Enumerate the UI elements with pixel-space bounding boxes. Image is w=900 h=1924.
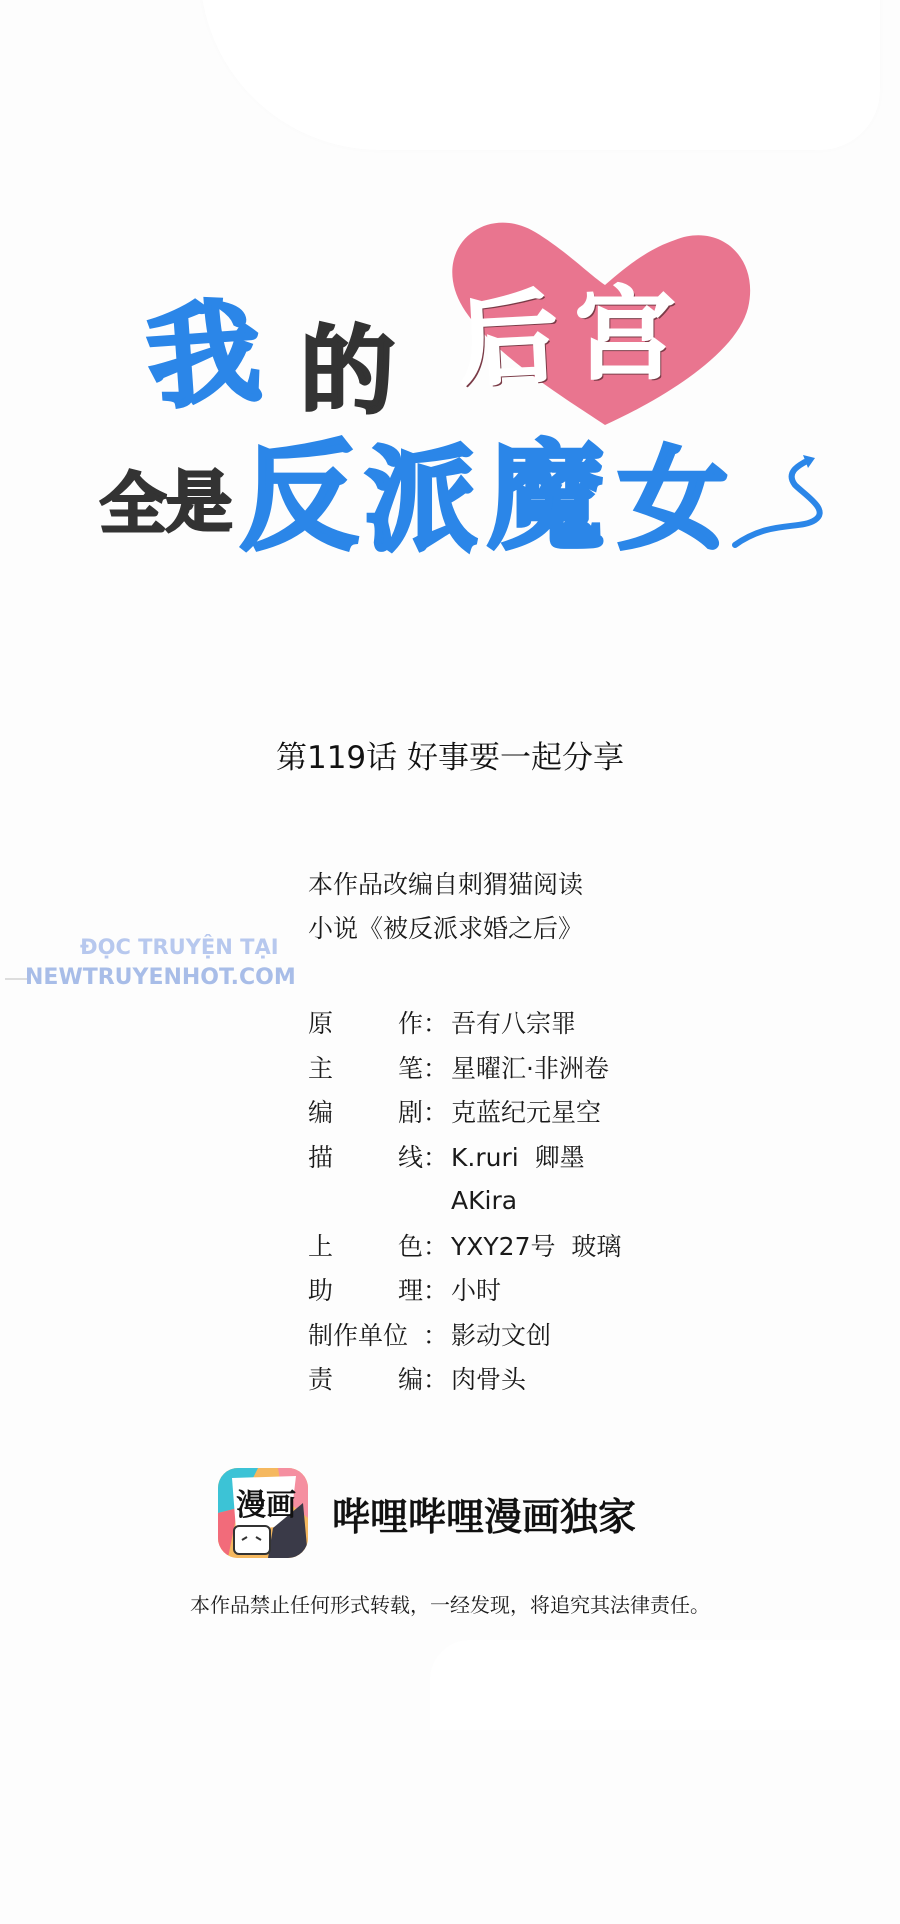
heart-text-char: 宫: [575, 285, 675, 385]
logo-char: 魔: [488, 440, 604, 556]
credit-role: 编剧: [308, 1093, 423, 1129]
credit-row: 主笔 ： 星曜汇·非洲卷: [308, 1045, 621, 1090]
credit-names: YXY27号 玻璃: [451, 1227, 621, 1263]
logo-char: 的: [300, 325, 395, 420]
credit-role: 描线: [308, 1138, 423, 1174]
credit-row: 原作 ： 吾有八宗罪: [308, 1000, 621, 1045]
watermark-line: NEWTRUYENHOT.COM: [25, 965, 296, 990]
credit-role: 上色: [308, 1227, 423, 1263]
bilibili-comics-app-icon: 漫画: [218, 1468, 308, 1558]
logo-char: 是: [166, 470, 232, 536]
credit-role: 原作: [308, 1004, 423, 1040]
app-icon-label: 漫画: [236, 1480, 296, 1524]
title-logo: 我 的 后 宫 全 是 反 派 魔 女: [0, 0, 900, 620]
credit-names: 星曜汇·非洲卷: [451, 1049, 609, 1085]
background-blob-bottom: [430, 1640, 900, 1730]
watermark-divider: [5, 978, 27, 980]
credit-row: 助理 ： 小时: [308, 1267, 621, 1312]
credit-role: 助理: [308, 1271, 423, 1307]
credit-row: 描线 ： K.ruri 卿墨: [308, 1134, 621, 1179]
credit-role: 责编: [308, 1360, 423, 1396]
brand-name: 哔哩哔哩漫画独家: [332, 1486, 636, 1541]
credit-row: 责编 ： 肉骨头: [308, 1356, 621, 1401]
chapter-title: 第119话 好事要一起分享: [0, 732, 900, 777]
logo-char: 反: [240, 438, 358, 556]
credit-names: 克蓝纪元星空: [451, 1093, 601, 1129]
credit-names: 肉骨头: [451, 1360, 526, 1396]
logo-char: 女: [618, 445, 728, 555]
adaptation-line: 本作品改编自刺猬猫阅读: [308, 863, 583, 907]
credit-names: 影动文创: [451, 1316, 551, 1352]
credit-names: AKira: [451, 1186, 517, 1215]
credit-row: AKira: [308, 1178, 621, 1223]
credit-names: 吾有八宗罪: [451, 1004, 576, 1040]
credit-role: 制作单位: [308, 1316, 423, 1352]
publisher-brand: 漫画 哔哩哔哩漫画独家: [218, 1468, 636, 1558]
credits-list: 原作 ： 吾有八宗罪 主笔 ： 星曜汇·非洲卷 编剧 ： 克蓝纪元星空 描线 ：…: [308, 1000, 621, 1401]
credit-names: K.ruri 卿墨: [451, 1138, 585, 1174]
credit-role: 主笔: [308, 1049, 423, 1085]
logo-char: 全: [100, 472, 166, 538]
devil-tail-icon: [735, 462, 820, 545]
logo-char: 派: [365, 445, 477, 557]
credit-names: 小时: [451, 1271, 501, 1307]
logo-char: 我: [144, 296, 264, 416]
credit-row: 上色 ： YXY27号 玻璃: [308, 1223, 621, 1268]
watermark-line: ĐỌC TRUYỆN TẠI: [80, 935, 279, 959]
adaptation-note: 本作品改编自刺猬猫阅读 小说《被反派求婚之后》: [308, 863, 583, 951]
credit-row: 编剧 ： 克蓝纪元星空: [308, 1089, 621, 1134]
heart-text-char: 后: [455, 287, 560, 392]
credit-row: 制作单位 ： 影动文创: [308, 1312, 621, 1357]
adaptation-line: 小说《被反派求婚之后》: [308, 907, 583, 951]
copyright-notice: 本作品禁止任何形式转载，一经发现，将追究其法律责任。: [0, 1589, 900, 1618]
